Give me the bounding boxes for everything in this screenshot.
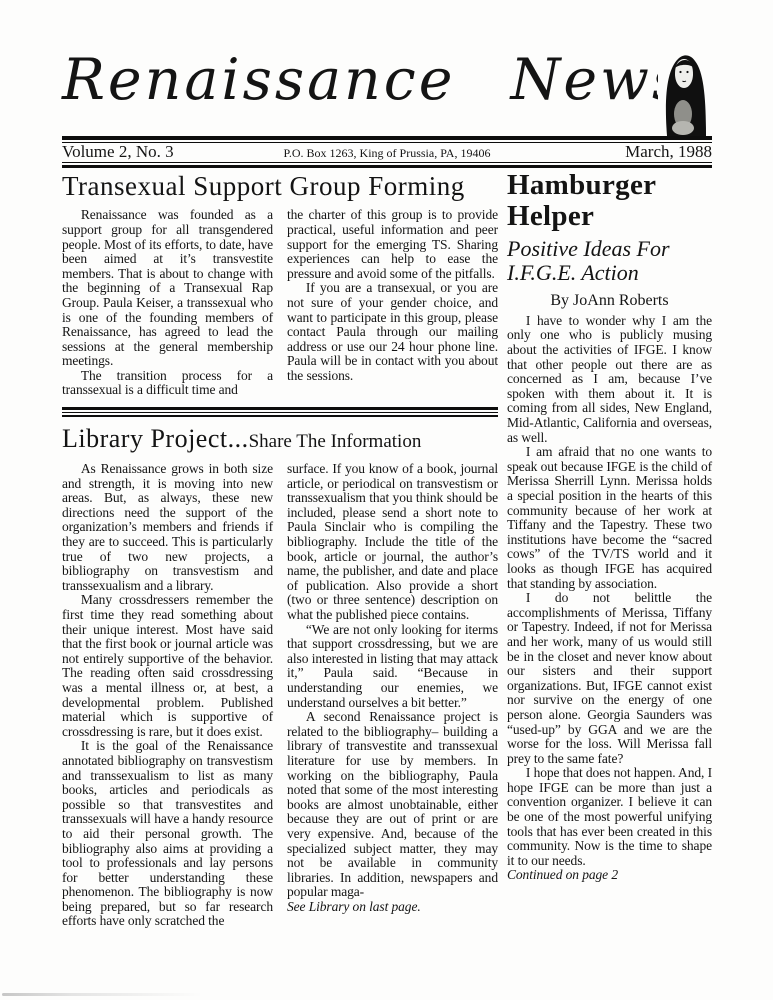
issue-info-line: Volume 2, No. 3 P.O. Box 1263, King of P… [62,142,712,160]
paragraph: It is the goal of the Renaissance annota… [62,739,273,929]
paragraph: Renaissance was founded as a support gro… [62,208,273,369]
newsletter-page: Renaissance News Volume 2, No. 3 P.O. Bo… [0,0,773,1000]
paragraph: A second Renaissance project is related … [287,710,498,900]
page-content: Transexual Support Group Forming Renaiss… [62,170,712,929]
article-hamburger-subtitle: Positive Ideas For I.F.G.E. Action [507,237,712,286]
article-support-group-title: Transexual Support Group Forming [62,172,498,200]
hamburger-jump-note: Continued on page 2 [507,868,712,883]
left-region: Transexual Support Group Forming Renaiss… [62,170,498,929]
section-separator-rule [62,407,498,417]
article-library: Library Project...Share The Information … [62,424,498,929]
hamburger-body-text: I have to wonder why I am the only one w… [507,314,712,869]
date-label: March, 1988 [490,142,712,162]
paragraph: I hope that does not happen. And, I hope… [507,766,712,868]
library-column-2: surface. If you know of a book, journal … [287,462,498,929]
paragraph: I have to wonder why I am the only one w… [507,314,712,445]
paragraph: As Renaissance grows in both size and st… [62,462,273,593]
paragraph: Many crossdressers remember the first ti… [62,593,273,739]
support-group-column-1: Renaissance was founded as a support gro… [62,208,273,398]
article-library-title: Library Project...Share The Information [62,424,498,454]
masthead-rule-bottom [62,162,712,168]
paragraph: I am afraid that no one wants to speak o… [507,445,712,591]
mona-lisa-image [658,52,712,136]
paragraph: I do not belittle the accomplishments of… [507,591,712,766]
article-support-group: Transexual Support Group Forming Renaiss… [62,172,498,398]
article-hamburger: Hamburger Helper Positive Ideas For I.F.… [507,170,712,929]
paragraph: The transition process for a transsexual… [62,369,273,398]
library-jump-note: See Library on last page. [287,900,498,915]
article-hamburger-title: Hamburger Helper [507,170,712,233]
address-label: P.O. Box 1263, King of Prussia, PA, 1940… [284,146,491,161]
paragraph: the charter of this group is to provide … [287,208,498,281]
byline: By JoAnn Roberts [507,292,712,310]
library-title-main: Library Project... [62,424,249,453]
support-group-column-2: the charter of this group is to provide … [287,208,498,398]
library-column-1: As Renaissance grows in both size and st… [62,462,273,929]
volume-label: Volume 2, No. 3 [62,142,284,162]
paragraph: surface. If you know of a book, journal … [287,462,498,623]
paragraph: If you are a transexual, or you are not … [287,281,498,383]
scan-artifact [2,993,202,996]
library-column-2-text: surface. If you know of a book, journal … [287,462,498,900]
library-title-sub: Share The Information [249,431,422,452]
masthead-title: Renaissance News [62,52,642,109]
paragraph: “We are not only looking for iterms that… [287,623,498,711]
